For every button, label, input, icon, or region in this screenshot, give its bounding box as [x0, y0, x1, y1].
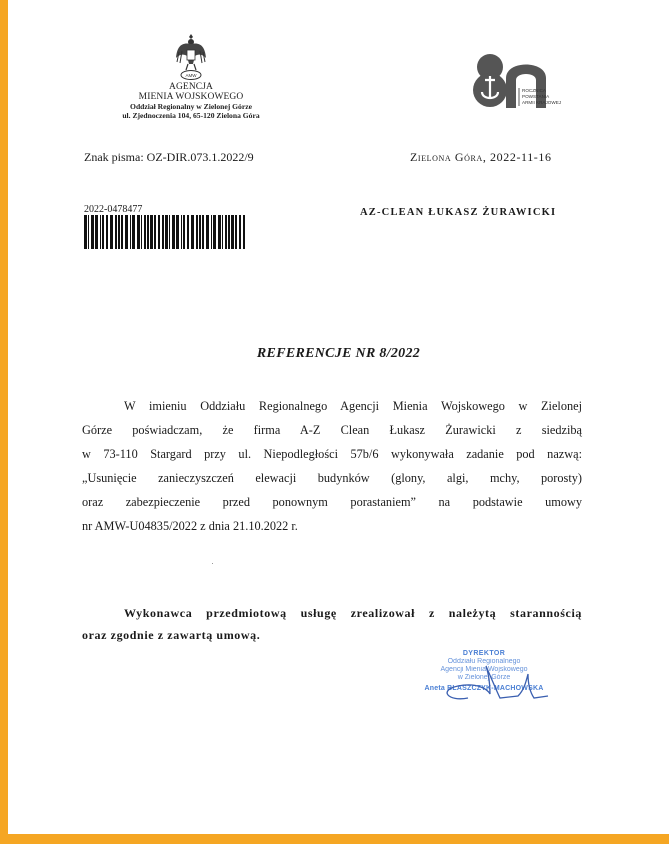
document-title: REFERENCJE NR 8/2022 [8, 346, 669, 362]
body-paragraph: W imieniu Oddziału Regionalnego Agencji … [82, 394, 582, 538]
body-line: „Usunięcie zanieczyszczeń elewacji budyn… [82, 466, 582, 490]
barcode-number: 2022-0478477 [84, 204, 142, 215]
agency-name-line1: AGENCJA [96, 82, 286, 92]
stamp-title: DYREKTOR [404, 650, 564, 658]
svg-text:ARMII KRAJOWEJ: ARMII KRAJOWEJ [522, 100, 561, 105]
agency-name-line2: MIENIA WOJSKOWEGO [96, 92, 286, 102]
body-line: w 73-110 Stargard przy ul. Niepodległośc… [82, 442, 582, 466]
scan-speck [212, 563, 213, 564]
body-line: nr AMW-U04835/2022 z dnia 21.10.2022 r. [82, 514, 582, 538]
place-and-date: Zielona Góra, 2022-11-16 [410, 150, 552, 165]
closing-line: oraz zgodnie z zawartą umową. [82, 624, 582, 646]
closing-line: Wykonawca przedmiotową usługę zrealizowa… [82, 602, 582, 624]
svg-text:ROCZNICA: ROCZNICA [522, 88, 547, 93]
body-line: oraz zabezpieczenie przed ponownym poras… [82, 490, 582, 514]
anniversary-80-logo-icon: ROCZNICA POWSTANIA ARMII KRAJOWEJ [468, 52, 568, 110]
left-accent-border [0, 0, 8, 844]
closing-paragraph: Wykonawca przedmiotową usługę zrealizowa… [82, 602, 582, 646]
agency-address: ul. Zjednoczenia 104, 65-120 Zielona Gór… [96, 111, 286, 120]
agency-header: AMW AGENCJA MIENIA WOJSKOWEGO Oddział Re… [96, 32, 286, 120]
svg-text:AMW: AMW [186, 73, 198, 78]
handwritten-signature-icon [428, 660, 558, 706]
body-line: Górze poświadczam, że firma A-Z Clean Łu… [82, 418, 582, 442]
svg-text:POWSTANIA: POWSTANIA [522, 94, 550, 99]
eagle-emblem-icon: AMW [174, 32, 208, 82]
agency-branch: Oddział Regionalny w Zielonej Górze [96, 102, 286, 111]
barcode-icon [84, 215, 250, 249]
body-line: W imieniu Oddziału Regionalnego Agencji … [82, 394, 582, 418]
document-page: AMW AGENCJA MIENIA WOJSKOWEGO Oddział Re… [8, 0, 669, 834]
reference-number: Znak pisma: OZ-DIR.073.1.2022/9 [84, 150, 254, 165]
recipient-name: AZ-CLEAN ŁUKASZ ŻURAWICKI [360, 207, 556, 218]
bottom-accent-border [0, 834, 669, 844]
